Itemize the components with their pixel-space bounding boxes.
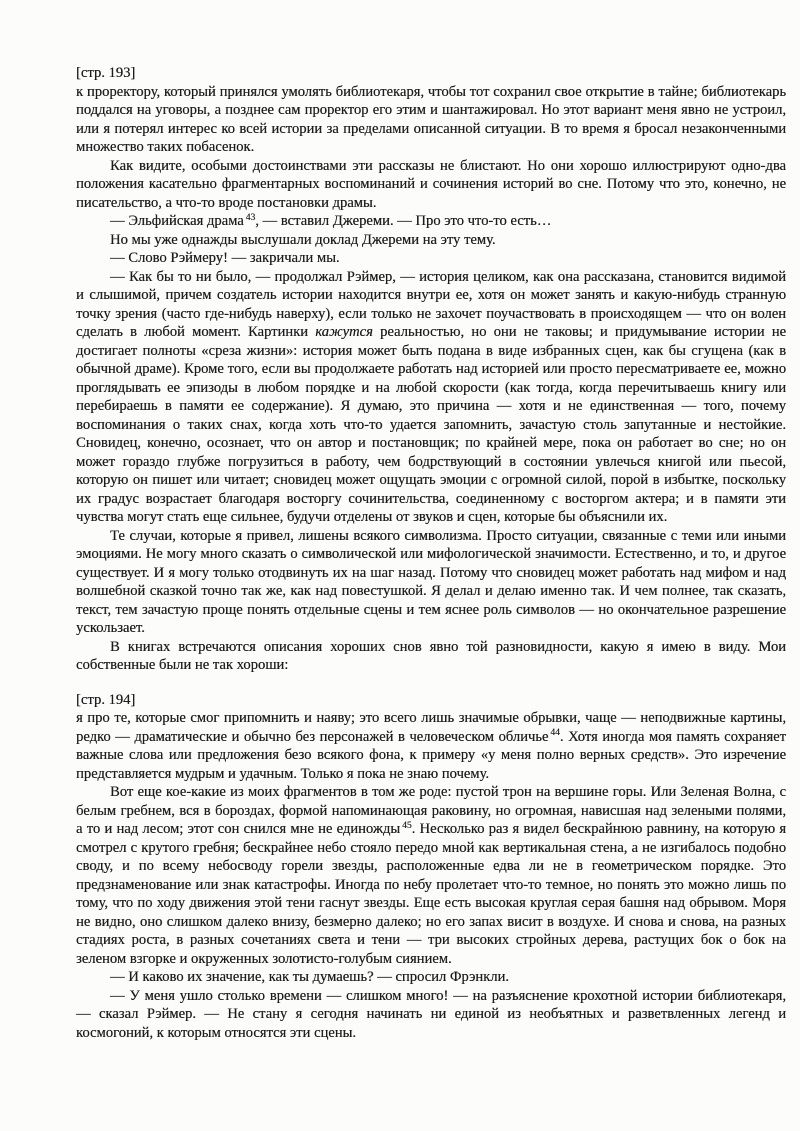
paragraph: к проректору, который принялся умолять б…: [76, 83, 786, 157]
body-text: . Несколько раз я видел бескрайнюю равни…: [76, 821, 786, 967]
body-text: — Слово Рэймеру! — закричали мы.: [110, 250, 340, 266]
paragraph: — И каково их значение, как ты думаешь? …: [76, 968, 786, 987]
emphasized-text: кажутся: [315, 324, 373, 340]
footnote-reference: 45: [402, 821, 412, 831]
paragraph: Те случаи, которые я привел, лишены всяк…: [76, 527, 786, 638]
footnote-reference: 43: [246, 213, 256, 223]
body-text: Те случаи, которые я привел, лишены всяк…: [76, 528, 786, 637]
paragraph: — Слово Рэймеру! — закричали мы.: [76, 249, 786, 268]
paragraph: — Как бы то ни было, — продолжал Рэймер,…: [76, 268, 786, 527]
body-text: реальностью, но они не таковы; и придумы…: [76, 324, 786, 525]
page-number-label: [стр. 194]: [76, 691, 786, 710]
body-text: к проректору, который принялся умолять б…: [76, 84, 786, 156]
paragraph: В книгах встречаются описания хороших сн…: [76, 638, 786, 675]
body-text: — У меня ушло столько времени — слишком …: [76, 988, 786, 1041]
document-page: [стр. 193]к проректору, который принялся…: [0, 0, 800, 1131]
page-number-label: [стр. 193]: [76, 64, 786, 83]
body-text: — И каково их значение, как ты думаешь? …: [110, 969, 509, 985]
body-text: Но мы уже однажды выслушали доклад Джере…: [110, 232, 496, 248]
paragraph: я про те, которые смог припомнить и наяв…: [76, 709, 786, 783]
footnote-reference: 44: [550, 728, 560, 738]
body-text: , — вставил Джереми. — Про это что-то ес…: [255, 213, 551, 229]
paragraph: — У меня ушло столько времени — слишком …: [76, 987, 786, 1043]
paragraph: Но мы уже однажды выслушали доклад Джере…: [76, 231, 786, 250]
paragraph: Как видите, особыми достоинствами эти ра…: [76, 157, 786, 213]
body-text: — Эльфийская драма: [110, 213, 244, 229]
body-text: Как видите, особыми достоинствами эти ра…: [76, 158, 786, 211]
paragraph: — Эльфийская драма43, — вставил Джереми.…: [76, 212, 786, 231]
text-column: [стр. 193]к проректору, который принялся…: [76, 64, 786, 1042]
body-text: В книгах встречаются описания хороших сн…: [76, 639, 786, 674]
paragraph: Вот еще кое-какие из моих фрагментов в т…: [76, 783, 786, 968]
